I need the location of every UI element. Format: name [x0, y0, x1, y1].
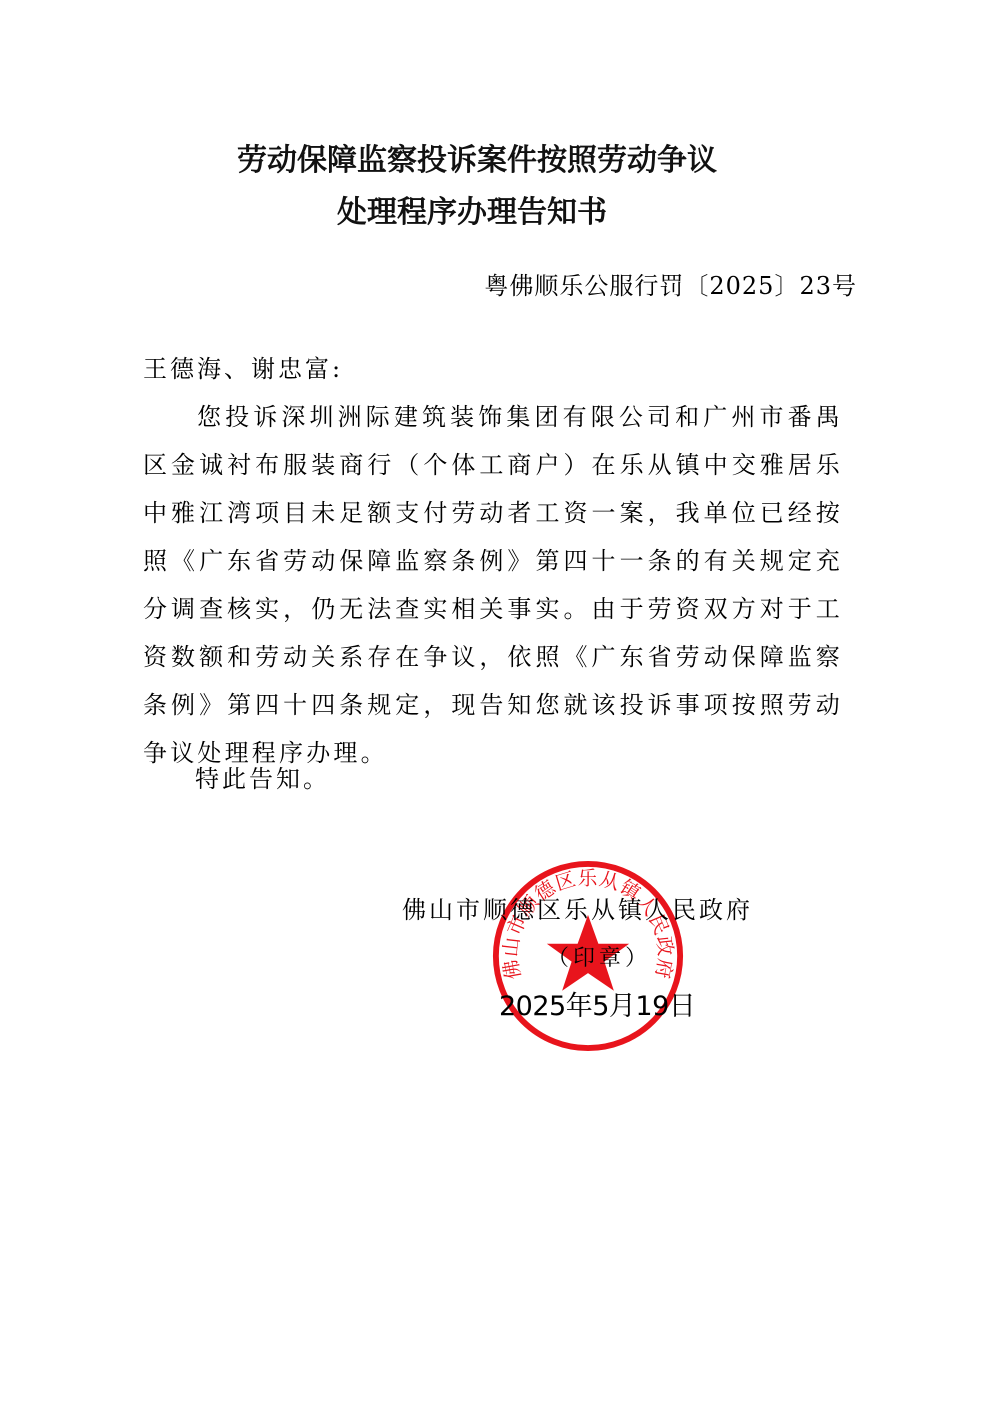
closing-remark: 特此告知。	[195, 755, 330, 803]
issuing-authority: 佛山市顺德区乐从镇人民政府	[402, 898, 753, 922]
seal-note: （印章）	[547, 948, 651, 970]
salutation: 王德海、谢忠富:	[143, 345, 343, 393]
document-title-line-1: 劳动保障监察投诉案件按照劳动争议	[237, 146, 717, 176]
issue-date: 2025年5月19日	[499, 993, 695, 1020]
body-paragraph: 您投诉深圳洲际建筑装饰集团有限公司和广州市番禺区金诚衬布服装商行（个体工商户）在…	[143, 393, 843, 777]
document-title-line-2: 处理程序办理告知书	[337, 198, 607, 228]
document-number: 粤佛顺乐公服行罚〔2025〕23号	[484, 274, 857, 298]
document-page: 劳动保障监察投诉案件按照劳动争议 处理程序办理告知书 粤佛顺乐公服行罚〔2025…	[0, 0, 1000, 1414]
